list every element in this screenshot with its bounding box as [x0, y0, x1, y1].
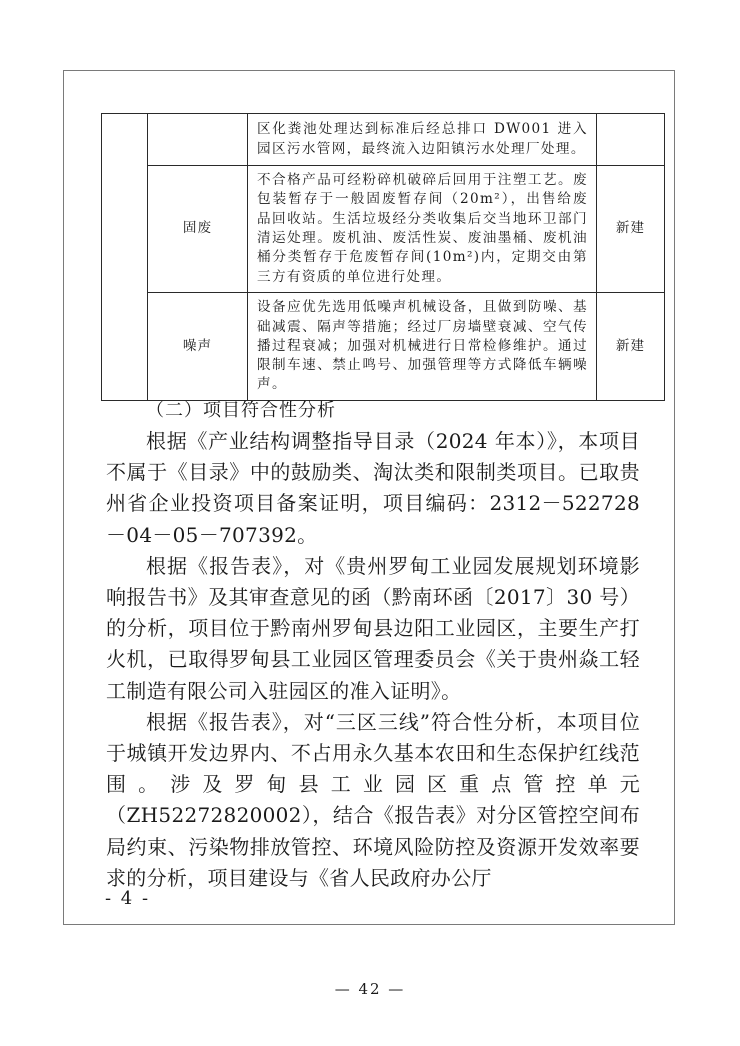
paragraph-three-zones-three-lines: 根据《报告表》，对“三区三线”符合性分析，本项目位于城镇开发边界内、不占用永久基… — [106, 707, 640, 894]
table-row: 固废 不合格产品可经粉碎机破碎后回用于注塑工艺。废包装暂存于一般固废暂存间（20… — [102, 166, 665, 293]
pollutant-type-cell: 固废 — [148, 166, 248, 293]
pollutant-type-cell — [148, 114, 248, 166]
paragraph-park-planning: 根据《报告表》，对《贵州罗甸工业园发展规划环境影响报告书》及其审查意见的函（黔南… — [106, 551, 640, 707]
merged-category-cell — [102, 114, 148, 401]
measure-description-cell: 不合格产品可经粉碎机破碎后回用于注塑工艺。废包装暂存于一般固废暂存间（20m²）… — [248, 166, 597, 293]
table-row: 区化粪池处理达到标准后经总排口 DW001 进入园区污水管网，最终流入边阳镇污水… — [102, 114, 665, 166]
measure-description-cell: 设备应优先选用低噪声机械设备，且做到防噪、基础减震、隔声等措施；经过厂房墙壁衰减… — [248, 293, 597, 401]
table-row: 噪声 设备应优先选用低噪声机械设备，且做到防噪、基础减震、隔声等措施；经过厂房墙… — [102, 293, 665, 401]
section-body: （二）项目符合性分析 根据《产业结构调整指导目录（2024 年本）》，本项目不属… — [106, 395, 640, 894]
section-heading: （二）项目符合性分析 — [106, 395, 640, 426]
inner-page-number: - 4 - — [105, 888, 150, 909]
outer-page-number: — 42 — — [0, 980, 740, 998]
status-cell: 新建 — [597, 293, 665, 401]
paragraph-industry-catalog: 根据《产业结构调整指导目录（2024 年本）》，本项目不属于《目录》中的鼓励类、… — [106, 426, 640, 551]
pollutant-type-cell: 噪声 — [148, 293, 248, 401]
pollution-control-table: 区化粪池处理达到标准后经总排口 DW001 进入园区污水管网，最终流入边阳镇污水… — [101, 113, 665, 401]
status-cell — [597, 114, 665, 166]
measure-description-cell: 区化粪池处理达到标准后经总排口 DW001 进入园区污水管网，最终流入边阳镇污水… — [248, 114, 597, 166]
status-cell: 新建 — [597, 166, 665, 293]
